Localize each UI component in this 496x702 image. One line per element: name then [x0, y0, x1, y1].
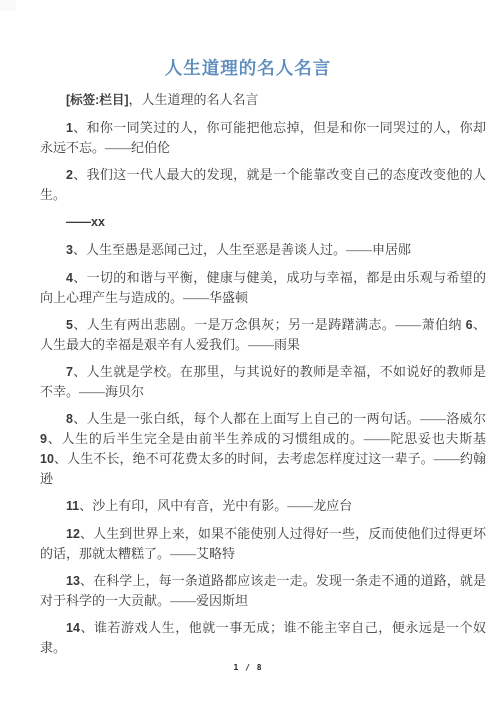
quote-text: 、沙上有印，风中有音，光中有影。——龙应台 — [79, 498, 352, 513]
quote-text: 、我们这一代人最大的发现，就是一个能靠改变自己的态度改变他的人生。 — [40, 167, 486, 202]
quote-number: 4 — [66, 271, 73, 285]
page-number-indicator: 1 / 8 — [0, 663, 496, 672]
quote-number: 2 — [66, 168, 73, 182]
quote-text: 、人生到世界上来，如果不能使别人过得好一些，反而使他们过得更坏的话，那就太糟糕了… — [40, 526, 486, 561]
quote-text: 、人生有两出悲剧。一是万念俱灰；另一是踌躇满志。——萧伯纳 — [73, 317, 466, 332]
quote-number: 12 — [66, 527, 80, 541]
quote-paragraph: 13、在科学上，每一条道路都应该走一走。发现一条走不通的道路，就是对于科学的一大… — [40, 571, 486, 610]
quote-paragraph: 1、和你一同笑过的人，你可能把他忘掉，但是和你一同哭过的人，你却永远不忘。——纪… — [40, 118, 486, 157]
quote-paragraph: 2、我们这一代人最大的发现，就是一个能靠改变自己的态度改变他的人生。 — [40, 165, 486, 204]
quote-text: 、谁若游戏人生，他就一事无成；谁不能主宰自己，便永远是一个奴隶。 — [40, 620, 486, 655]
quote-text: 、人生就是学校。在那里，与其说好的教师是幸福，不如说好的教师是不幸。——海贝尔 — [40, 364, 486, 399]
quote-paragraph: ——xx — [40, 212, 486, 232]
tag-line: [标签:栏目]，人生道理的名人名言 — [40, 90, 486, 110]
tag-rest: ，人生道理的名人名言 — [129, 92, 259, 107]
quote-paragraph: 7、人生就是学校。在那里，与其说好的教师是幸福，不如说好的教师是不幸。——海贝尔 — [40, 362, 486, 401]
quote-paragraph: 12、人生到世界上来，如果不能使别人过得好一些，反而使他们过得更坏的话，那就太糟… — [40, 524, 486, 563]
quote-text: 、和你一同笑过的人，你可能把他忘掉，但是和你一同哭过的人，你却永远不忘。——纪伯… — [40, 120, 486, 155]
quote-paragraph: 14、谁若游戏人生，他就一事无成；谁不能主宰自己，便永远是一个奴隶。 — [40, 618, 486, 657]
quote-number: 3 — [66, 243, 73, 257]
tag-label: [标签:栏目] — [66, 93, 129, 107]
quote-text: 、在科学上，每一条道路都应该走一走。发现一条走不通的道路，就是对于科学的一大贡献… — [40, 573, 486, 608]
quote-paragraph: 3、人生至愚是恶闻己过，人生至恶是善谈人过。——申居郧 — [40, 240, 486, 260]
quote-paragraph: 4、一切的和谐与平衡，健康与健美，成功与幸福，都是由乐观与希望的向上心理产生与造… — [40, 268, 486, 307]
quote-text: 、人生的后半生完全是由前半生养成的习惯组成的。——陀思妥也夫斯基 — [47, 431, 486, 446]
quote-text: 、人生至愚是恶闻己过，人生至恶是善谈人过。——申居郧 — [73, 242, 411, 257]
quote-text: 、人生不长，绝不可花费太多的时间，去考虑怎样度过这一辈子。——约翰逊 — [40, 451, 486, 486]
quote-number: 14 — [66, 621, 80, 635]
quote-number: 5 — [66, 318, 73, 332]
quote-text: 、人生是一张白纸，每个人都在上面写上自己的一两句话。——洛威尔 — [73, 411, 486, 426]
quote-text: 、一切的和谐与平衡，健康与健美，成功与幸福，都是由乐观与希望的向上心理产生与造成… — [40, 270, 486, 305]
quote-number: ——xx — [66, 215, 105, 229]
quote-number: 8 — [66, 412, 73, 426]
quote-number: 11 — [66, 499, 79, 513]
document-content: [标签:栏目]，人生道理的名人名言 1、和你一同笑过的人，你可能把他忘掉，但是和… — [40, 90, 486, 665]
quote-number: 7 — [66, 365, 73, 379]
quote-paragraph: 5、人生有两出悲剧。一是万念俱灰；另一是踌躇满志。——萧伯纳 6、人生最大的幸福… — [40, 315, 486, 354]
quote-number: 9 — [40, 432, 47, 446]
scan-corner-artifact — [0, 0, 16, 11]
quote-number: 10 — [40, 452, 54, 466]
quote-paragraph: 8、人生是一张白纸，每个人都在上面写上自己的一两句话。——洛威尔 9、人生的后半… — [40, 409, 486, 488]
quote-paragraph: 11、沙上有印，风中有音，光中有影。——龙应台 — [40, 496, 486, 516]
page-title: 人生道理的名人名言 — [0, 55, 496, 80]
quote-number: 1 — [66, 121, 73, 135]
quotes-list: 1、和你一同笑过的人，你可能把他忘掉，但是和你一同哭过的人，你却永远不忘。——纪… — [40, 118, 486, 657]
document-page: 人生道理的名人名言 [标签:栏目]，人生道理的名人名言 1、和你一同笑过的人，你… — [0, 55, 496, 80]
quote-number: 13 — [66, 574, 80, 588]
quote-number: 6 — [466, 318, 473, 332]
